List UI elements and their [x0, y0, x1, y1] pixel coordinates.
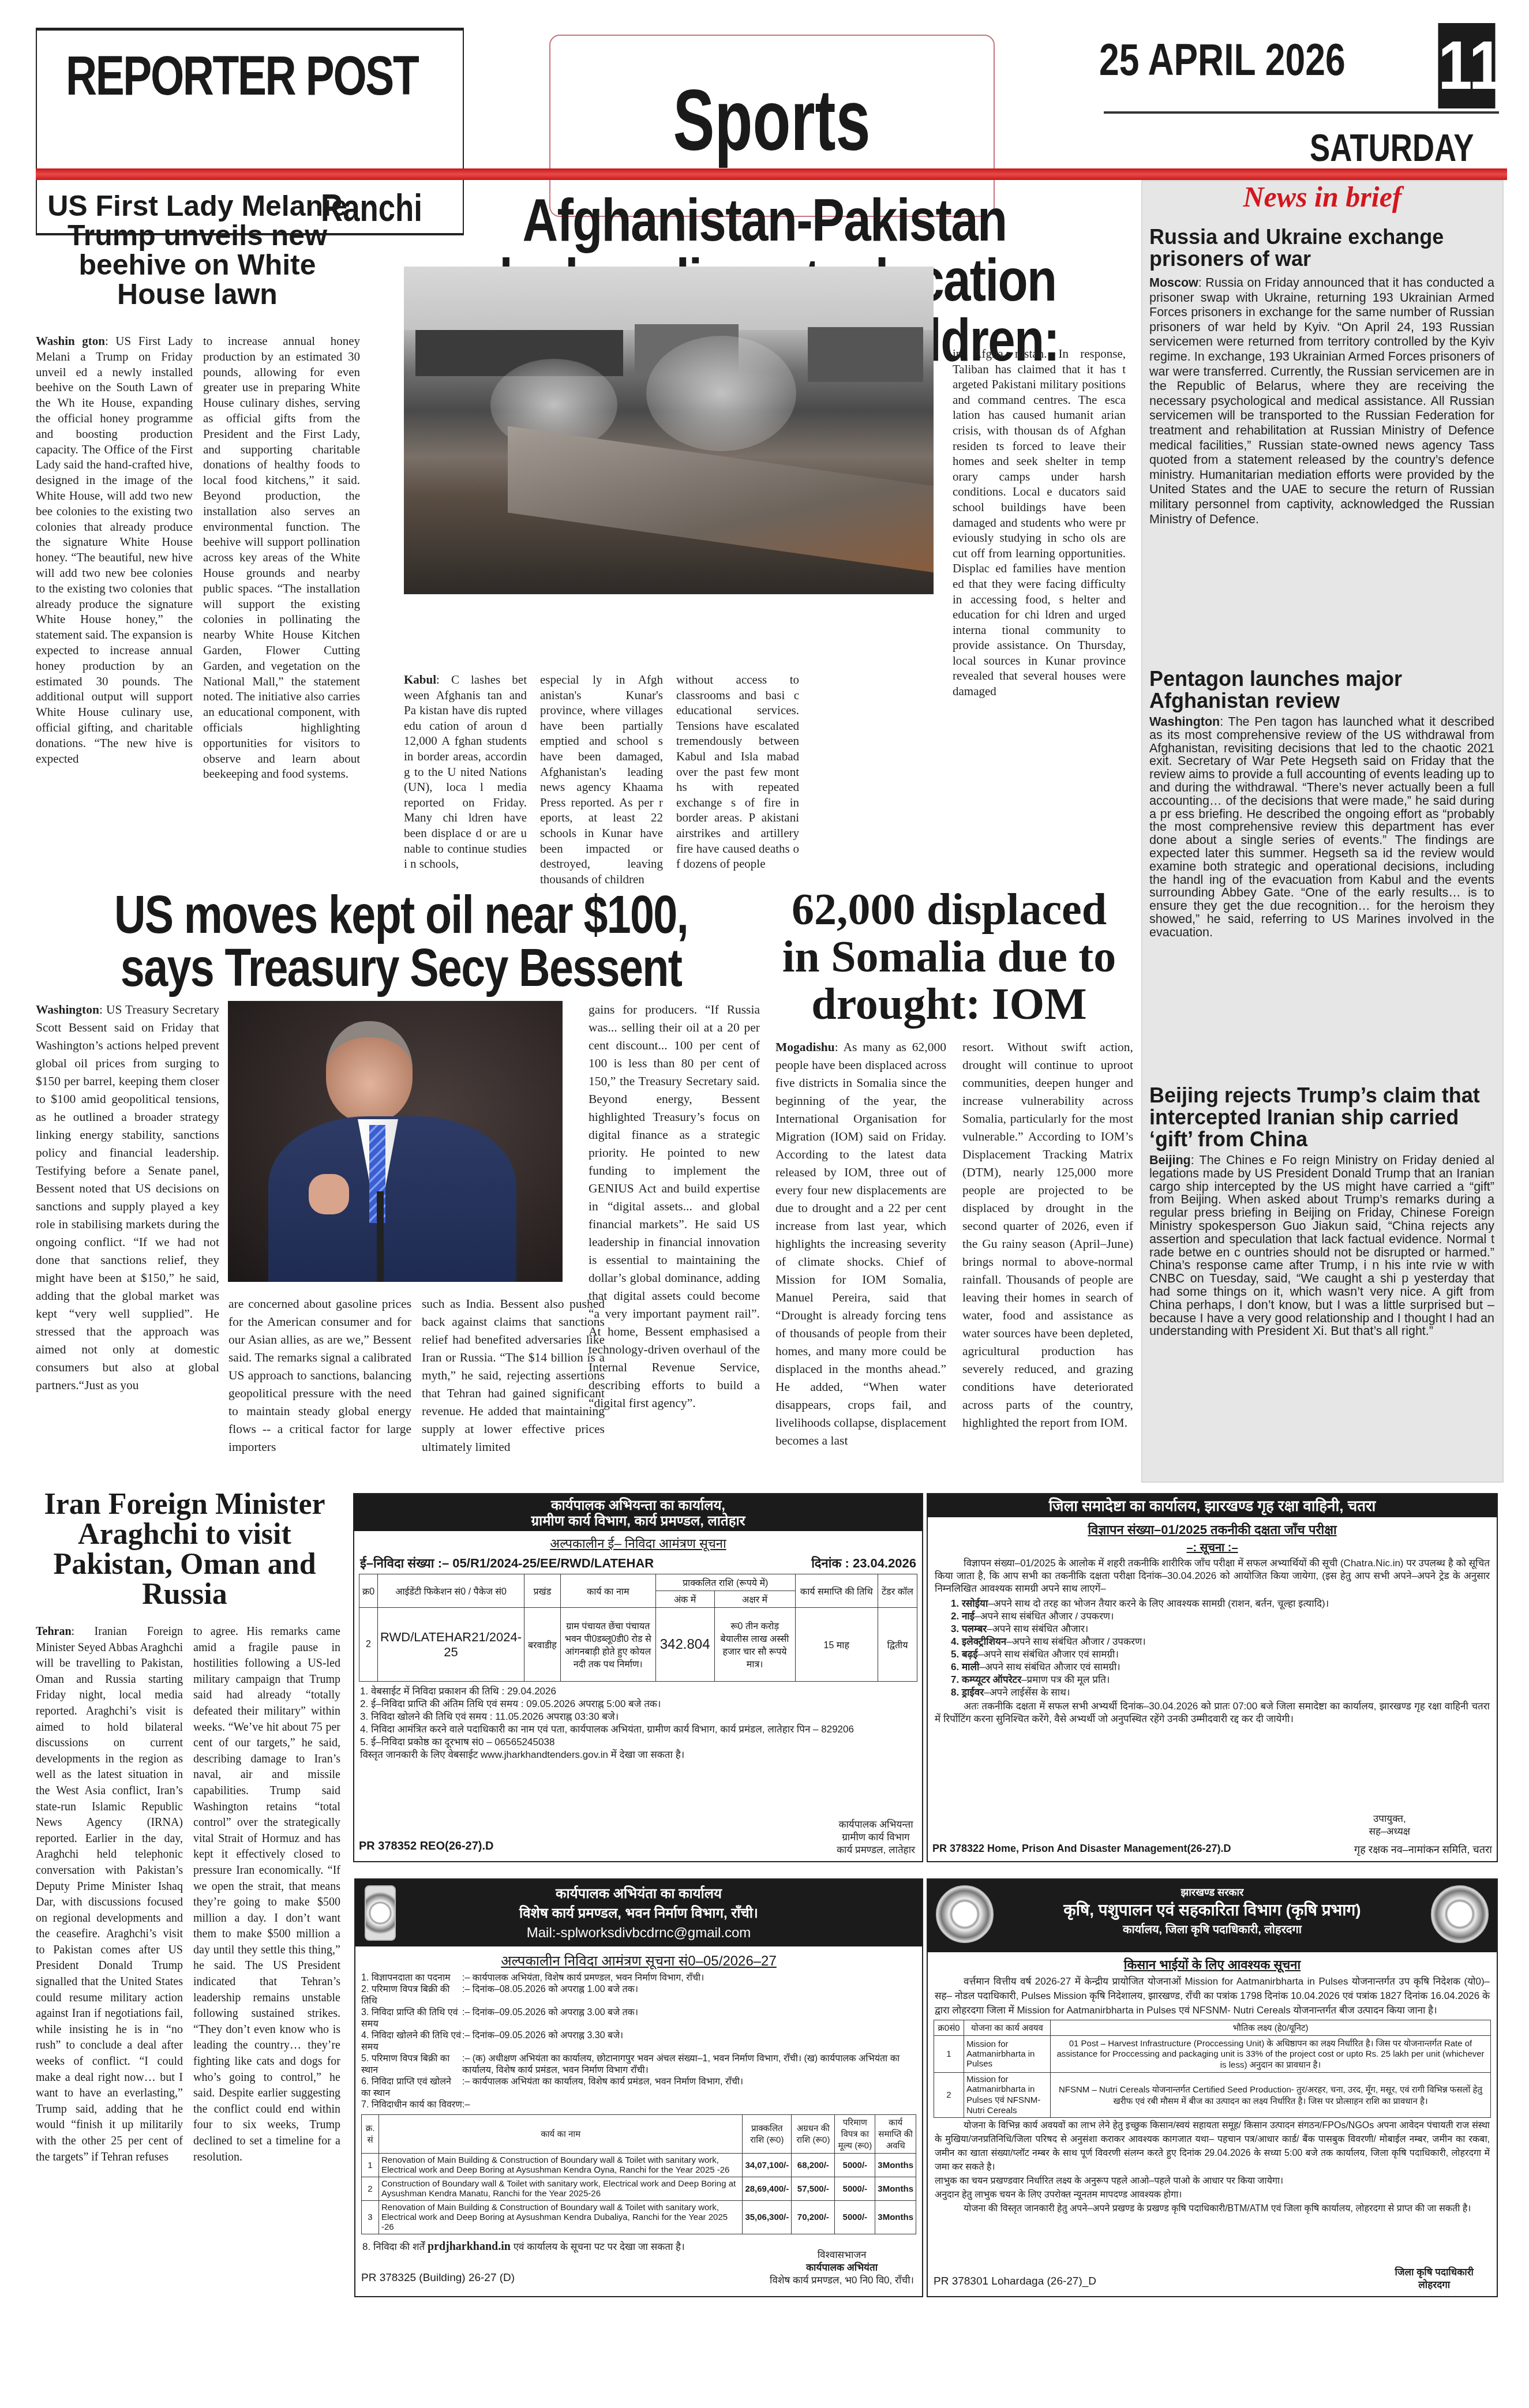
article-column: to increase annual honey production by a… [203, 333, 360, 782]
column-header: परिमाण विपत्र का मूल्य (रू0) [835, 2115, 875, 2154]
issue-date: 25 APRIL 2026 [1099, 33, 1358, 94]
column-header: कार्य समाप्ति की तिथि [795, 1574, 878, 1608]
field-row: 2. परिमाण विपत्र बिक्री की तिथि:– दिनांक… [361, 1984, 916, 2007]
notice-paragraph: अनुदान हेतु लाभुक चयन के लिए उपरोक्त न्य… [935, 2188, 1490, 2202]
tender-table: क्र. सं कार्य का नाम प्राक्कलित राशि (रू… [361, 2114, 916, 2234]
tender-table: क्र0 आईडेंटी फिकेशन सं0 / पैकेज सं0 प्रख… [359, 1574, 917, 1682]
pr-code: PR 378322 Home, Prison And Disaster Mana… [932, 1843, 1231, 1856]
article-text: : US First Lady Melani a Trump on Friday… [36, 334, 193, 766]
item-number: 5. [951, 1649, 959, 1660]
notice-paragraph: योजना के विभिन्न कार्य अवयवों का लाभ लेन… [935, 2119, 1490, 2174]
jharkhand-emblem-icon [936, 1885, 994, 1943]
notice-title: विज्ञापन संख्या–01/2025 तकनीकी दक्षता जा… [928, 1521, 1497, 1538]
trade-desc: –अपने साथ संबंधित औजार एवं सामग्री। [978, 1649, 1119, 1660]
cell-package-id: RWD/LATEHAR21/2024-25 [378, 1608, 524, 1682]
bessent-speaking-photo [228, 1001, 563, 1282]
column-header: क्र0 [359, 1574, 378, 1608]
tender-notice-building-ranchi: कार्यपालक अभियंता का कार्यालय विशेष कार्… [354, 1878, 923, 2297]
trade-desc: –अपने साथ दो तरह का भोजन तैयार करने के ल… [988, 1598, 1329, 1609]
article-column: Kabul: C lashes bet ween Afghanis tan an… [404, 672, 527, 872]
committee-name: गृह रक्षक नव–नामांकन समिति, चतरा [1354, 1843, 1492, 1856]
jharkhand-emblem-icon [365, 1885, 396, 1941]
signature-line: ग्रामीण कार्य विभाग [837, 1831, 915, 1844]
table-row: 1 Renovation of Main Building & Construc… [362, 2154, 916, 2177]
field-label: 3. निविदा प्राप्ति की तिथि एवं समय [361, 2007, 462, 2030]
trade-name: रसोईया [962, 1598, 988, 1609]
table-row: 2 Mission for Aatmanirbharta in Pulses ए… [934, 2073, 1491, 2118]
field-value: :– दिनांक–09.05.2026 को अपराह्न 3.00 बजे… [462, 2007, 638, 2030]
notice-intro: वर्त्तमान वित्तीय वर्ष 2026-27 में केन्द… [928, 1974, 1497, 2017]
notice-title: अल्पकालीन ई– निविदा आमंत्रण सूचना [354, 1535, 922, 1552]
column-header: कार्य का नाम [560, 1574, 655, 1608]
article-text: resort. Without swift action, drought wi… [962, 1040, 1133, 1430]
cell-sn: 1 [362, 2154, 379, 2177]
trade-name: ड्राईवर [962, 1687, 984, 1698]
cell-block: बरवाडीह [524, 1608, 561, 1682]
masthead-red-rule [36, 168, 1507, 180]
website-link-line[interactable]: विस्तृत जानकारी के लिए वेबसाईट www.jhark… [360, 1749, 916, 1761]
column-header: अंक में [655, 1591, 714, 1608]
column-header: अग्रधन की राशि (रू0) [792, 2115, 835, 2154]
field-row: 7. निविदाधीन कार्य का विवरण:– [361, 2099, 916, 2111]
dateline: Moscow [1149, 276, 1198, 290]
column-header: कार्य का नाम [379, 2115, 743, 2154]
trade-name: माली [962, 1661, 980, 1672]
article-text: : As many as 62,000 people have been dis… [775, 1040, 946, 1447]
destroyed-buildings-photo [404, 267, 934, 594]
headline: US moves kept oil near $100, says Treasu… [100, 888, 701, 995]
field-value: :– कार्यपालक अभियंता, विशेष कार्य प्रमण्… [462, 1972, 704, 1984]
pr-code: PR 378325 (Building) 26-27 (D) [361, 2272, 515, 2285]
field-value: :– कार्यपालक अभियंता का कार्यालय, विशेष … [462, 2076, 743, 2099]
cell-sn: 2 [362, 2177, 379, 2201]
notice-header: कार्यपालक अभियंता का कार्यालय विशेष कार्… [355, 1880, 922, 1946]
notice-intro: विज्ञापन संख्या–01/2025 के आलोक में शहरी… [928, 1555, 1497, 1597]
signature-block: जिला कृषि पदाधिकारी लोहरदगा [1395, 2266, 1474, 2291]
signature-line: लोहरदगा [1395, 2279, 1474, 2291]
cell-work-name: Renovation of Main Building & Constructi… [379, 2201, 743, 2234]
trade-desc: –अपने साथ संबंधित औजार / उपकरण। [1006, 1636, 1145, 1647]
notice-subtitle: –: सूचना :– [928, 1539, 1497, 1555]
signature-block: कार्यपालक अभियन्ता ग्रामीण कार्य विभाग क… [837, 1818, 915, 1856]
signature-line: सह–अध्यक्ष [1369, 1825, 1410, 1838]
field-label: 2. परिमाण विपत्र बिक्री की तिथि [361, 1984, 462, 2007]
signature-line: विश्वासभाजन [770, 2249, 914, 2261]
field-value: :– दिनांक–09.05.2026 को अपराह्न 3.30 बजे… [462, 2030, 623, 2053]
brief-item: Russia and Ukraine exchange prisoners of… [1149, 226, 1494, 527]
notice-notes: 1. वेबसाईट में निविदा प्रकाशन की तिथि : … [354, 1682, 922, 1761]
notice-title: किसान भाईयों के लिए आवश्यक सूचना [928, 1956, 1497, 1973]
notice-fields: 1. विज्ञापनदाता का पदनाम:– कार्यपालक अभि… [355, 1972, 922, 2111]
article-column: without access to classrooms and basi c … [676, 672, 799, 872]
notice-header-line: विशेष कार्य प्रमण्डल, भवन निर्माण विभाग,… [355, 1904, 922, 1923]
note-line: 4. निविदा आमंत्रित करने वाले पदाधिकारी क… [360, 1723, 916, 1736]
article-text: : US Treasury Secretary Scott Bessent sa… [36, 1003, 219, 1392]
cell-doc-cost: 5000/- [835, 2177, 875, 2201]
field-label: 5. परिमाण विपत्र बिक्री का स्थान [361, 2053, 462, 2076]
cell-estimate: 34,07,100/- [743, 2154, 792, 2177]
field-row: 6. निविदा प्राप्ति एवं खोलने का स्थान:– … [361, 2076, 916, 2099]
dateline: Washington [1149, 715, 1220, 729]
notice-header-line: कार्यालय, जिला कृषि पदाधिकारी, लोहरदगा [928, 1921, 1497, 1937]
signature-line: कार्य प्रमण्डल, लातेहार [837, 1844, 915, 1856]
cell-emd: 70,200/- [792, 2201, 835, 2234]
column-header: प्रखंड [524, 1574, 561, 1608]
notice-header-line: ग्रामीण कार्य विभाग, कार्य प्रमण्डल, लात… [354, 1513, 922, 1529]
article-column: Mogadishu: As many as 62,000 people have… [775, 1038, 946, 1450]
article-column: are concerned about gasoline prices for … [228, 1295, 411, 1456]
dateline: Washin gton [36, 334, 105, 348]
headline: US First Lady Melanie Trump unveils new … [36, 192, 359, 309]
notice-body: योजना के विभिन्न कार्य अवयवों का लाभ लेन… [928, 2118, 1497, 2217]
article-text: are concerned about gasoline prices for … [228, 1297, 411, 1454]
signature-line: उपायुक्त, [1369, 1813, 1410, 1825]
brief-text: : The Chines e Fo reign Ministry on Frid… [1149, 1153, 1494, 1338]
article-text: : Iranian Foreign Minister Seyed Abbas A… [36, 1625, 183, 2163]
trade-name: इलेक्ट्रीशियन [962, 1636, 1006, 1647]
trade-name: बढ़ई [962, 1649, 978, 1660]
trade-desc: –अपने साथ संबंधित औजार एवं सामग्री। [979, 1661, 1120, 1672]
signature-line: जिला कृषि पदाधिकारी [1395, 2266, 1474, 2279]
item-number: 1. [951, 1598, 959, 1609]
item-number: 7. [951, 1674, 959, 1685]
table-row: 2 Construction of Boundary wall & Toilet… [362, 2177, 916, 2201]
column-header: आईडेंटी फिकेशन सं0 / पैकेज सं0 [378, 1574, 524, 1608]
cell-scheme: Mission for Aatmanirbharta in Pulses एवं… [964, 2073, 1051, 2118]
section-label: Sports [673, 70, 871, 170]
item-number: 8. [951, 1687, 959, 1698]
table-row: 2 RWD/LATEHAR21/2024-25 बरवाडीह ग्राम पं… [359, 1608, 917, 1682]
field-label: 7. निविदाधीन कार्य का विवरण [361, 2099, 462, 2111]
article-column: Tehran: Iranian Foreign Minister Seyed A… [36, 1624, 183, 2165]
item-number: 4. [951, 1636, 959, 1647]
article-column: resort. Without swift action, drought wi… [962, 1038, 1133, 1432]
paper-name: REPORTER POST [66, 44, 418, 108]
list-item: 3. पलम्बर–अपने साथ संबंधित औजार। [951, 1623, 1490, 1636]
field-label: 4. निविदा खोलने की तिथि एवं समय [361, 2030, 462, 2053]
website-link[interactable]: prdjharkhand.in [428, 2240, 511, 2253]
article-text: especial ly in Afgh anistan's Kunar's pr… [540, 673, 663, 886]
cell-estimate: 35,06,300/- [743, 2201, 792, 2234]
article-text: without access to classrooms and basi c … [676, 673, 799, 871]
cell-amount-words: रू0 तीन करोड़ बेयालीस लाख अस्सी हजार चार… [714, 1608, 795, 1682]
note-line: 2. ई–निविदा प्राप्ति की अंतिम तिथि एवं स… [360, 1698, 916, 1711]
column-header: टेंडर कॉल [878, 1574, 917, 1608]
field-value: :– दिनांक–08.05.2026 को अपराह्न 1.00 बजे… [462, 1984, 638, 2007]
trade-desc: –अपने लाईसेंस के साथ। [984, 1687, 1070, 1698]
brief-body: Beijing: The Chines e Fo reign Ministry … [1149, 1154, 1494, 1338]
field-label: 6. निविदा प्राप्ति एवं खोलने का स्थान [361, 2076, 462, 2099]
notice-email[interactable]: Mail:-splworksdivbcdrnc@gmail.com [355, 1923, 922, 1943]
cell-tender-call: द्वितीय [878, 1608, 917, 1682]
brief-headline: Russia and Ukraine exchange prisoners of… [1149, 226, 1494, 270]
article-column: to agree. His remarks came amid a fragil… [193, 1624, 340, 2165]
tender-date: दिनांक : 23.04.2026 [811, 1554, 916, 1571]
list-item: 1. रसोईया–अपने साथ दो तरह का भोजन तैयार … [951, 1597, 1490, 1610]
list-item: 7. कम्प्यूटर ऑपरेटर–प्रमाण पत्र की मूल प… [951, 1674, 1490, 1686]
note-line: 3. निविदा खोलने की तिथि एवं समय : 11.05.… [360, 1711, 916, 1723]
notice-closing: अतः तकनीकि दक्षता में सफल सभी अभ्यर्थी द… [928, 1699, 1497, 1727]
field-row: 4. निविदा खोलने की तिथि एवं समय:– दिनांक… [361, 2030, 916, 2053]
brief-item: Beijing rejects Trump’s claim that inter… [1149, 1085, 1494, 1338]
pr-code: PR 378301 Lohardaga (26-27)_D [934, 2275, 1096, 2288]
brief-body: Washington: The Pen tagon has launched w… [1149, 715, 1494, 939]
list-item: 2. नाई–अपने साथ संबंधित औजार / उपकरण। [951, 1610, 1490, 1623]
article-column: Washin gton: US First Lady Melani a Trum… [36, 333, 193, 766]
table-row: 3 Renovation of Main Building & Construc… [362, 2201, 916, 2234]
column-header: योजना का कार्य अवयव [964, 2020, 1051, 2036]
headline: Iran Foreign Minister Araghchi to visit … [23, 1490, 346, 1610]
scheme-table: क्र0सं0 योजना का कार्य अवयव भौतिक लक्ष्य… [934, 2020, 1491, 2118]
item-number: 2. [951, 1611, 959, 1622]
column-header: क्र. सं [362, 2115, 379, 2154]
article-column: especial ly in Afgh anistan's Kunar's pr… [540, 672, 663, 887]
column-header: प्राक्कलित राशि (रू0) [743, 2115, 792, 2154]
cell-emd: 57,500/- [792, 2177, 835, 2201]
notice-header-line: कार्यपालक अभियन्ता का कार्यालय, [354, 1498, 922, 1513]
article-text: to increase annual honey production by a… [203, 334, 360, 781]
signature-block: उपायुक्त, सह–अध्यक्ष [1369, 1813, 1410, 1838]
article-column: in Afgha nistan. In response, Taliban ha… [953, 346, 1126, 699]
pr-code: PR 378352 REO(26-27).D [359, 1840, 493, 1853]
cell-completion: 15 माह [795, 1608, 878, 1682]
article-text: gains for producers. “If Russia was... s… [589, 1003, 760, 1410]
cell-scheme: Mission for Aatmanirbharta in Pulses [964, 2036, 1051, 2073]
brief-item: Pentagon launches major Afghanistan revi… [1149, 668, 1494, 939]
notice-header: झारखण्ड सरकार कृषि, पशुपालन एवं सहकारिता… [928, 1880, 1497, 1952]
list-item: 5. बढ़ई–अपने साथ संबंधित औजार एवं सामग्र… [951, 1648, 1490, 1661]
list-item: 8. ड्राईवर–अपने लाईसेंस के साथ। [951, 1686, 1490, 1699]
cell-period: 3Months [875, 2177, 916, 2201]
cell-sn: 2 [359, 1608, 378, 1682]
list-item: 4. इलेक्ट्रीशियन–अपने साथ संबंधित औजार /… [951, 1636, 1490, 1648]
trade-desc: –प्रमाण पत्र की मूल प्रति। [1021, 1674, 1110, 1685]
cell-work-name: Renovation of Main Building & Constructi… [379, 2154, 743, 2177]
cell-work-name: ग्राम पंचायत छेंचा पंचायत भवन पी0डब्लू0ड… [560, 1608, 655, 1682]
item-number: 3. [951, 1623, 959, 1634]
trade-list: 1. रसोईया–अपने साथ दो तरह का भोजन तैयार … [928, 1597, 1497, 1699]
field-label: 1. विज्ञापनदाता का पदनाम [361, 1972, 462, 1984]
notice-paragraph: लाभुक का चयन प्रखण्डवार निर्धारित लक्ष्य… [935, 2174, 1490, 2188]
date-divider [1104, 111, 1499, 114]
notice-header: कार्यपालक अभियन्ता का कार्यालय, ग्रामीण … [354, 1494, 922, 1531]
field-row: 5. परिमाण विपत्र बिक्री का स्थान:– (क) अ… [361, 2053, 916, 2076]
notice-footer: PR 378322 Home, Prison And Disaster Mana… [932, 1843, 1492, 1856]
dateline: Kabul [404, 673, 436, 687]
note-text: 8. निविदा की शर्तें [362, 2241, 425, 2252]
cell-doc-cost: 5000/- [835, 2154, 875, 2177]
brief-text: : Russia on Friday announced that it has… [1149, 276, 1494, 526]
trade-desc: –अपने साथ संबंधित औजार / उपकरण। [975, 1611, 1114, 1622]
note-text: एवं कार्यालय के सूचना पट पर देखा जा सकता… [514, 2241, 685, 2252]
page-number: 11 [1438, 23, 1496, 108]
tender-notice-rwd-latehar: कार्यपालक अभियन्ता का कार्यालय, ग्रामीण … [353, 1493, 923, 1862]
issue-weekday: SATURDAY [1310, 126, 1474, 170]
notice-header-line: कार्यपालक अभियंता का कार्यालय [355, 1884, 922, 1904]
note-line: 1. वेबसाईट में निविदा प्रकाशन की तिथि : … [360, 1685, 916, 1698]
brief-title: News in brief [1141, 180, 1504, 213]
brief-headline: Beijing rejects Trump’s claim that inter… [1149, 1085, 1494, 1150]
notice-header-line: झारखण्ड सरकार [928, 1885, 1497, 1899]
article-text: in Afgha nistan. In response, Taliban ha… [953, 347, 1126, 698]
dateline: Mogadishu [775, 1040, 835, 1054]
trade-name: कम्प्यूटर ऑपरेटर [962, 1674, 1021, 1685]
signature-line: कार्यपालक अभियन्ता [837, 1818, 915, 1831]
notice-paragraph: योजना की विस्तृत जानकारी हेतु अपने–अपने … [935, 2202, 1490, 2216]
cell-target: NFSNM – Nutri Cereals योजनान्तर्गत Certi… [1051, 2073, 1491, 2118]
signature-block: विश्वासभाजन कार्यपालक अभियंता विशेष कार्… [770, 2249, 914, 2287]
signature-line: विशेष कार्य प्रमण्डल, भ0 नि0 वि0, राँची। [770, 2274, 914, 2287]
note-line: 5. ई–निविदा प्रकोष्ठ का दूरभाष सं0 – 065… [360, 1736, 916, 1749]
article-column: gains for producers. “If Russia was... s… [589, 1001, 760, 1412]
headline: 62,000 displaced in Somalia due to droug… [767, 886, 1131, 1027]
cell-emd: 68,200/- [792, 2154, 835, 2177]
list-item: 6. माली–अपने साथ संबंधित औजार एवं सामग्र… [951, 1661, 1490, 1674]
notice-header: जिला समादेष्टा का कार्यालय, झारखण्ड गृह … [928, 1494, 1497, 1517]
column-header: अक्षर में [714, 1591, 795, 1608]
cell-sn: 3 [362, 2201, 379, 2234]
field-row: 1. विज्ञापनदाता का पदनाम:– कार्यपालक अभि… [361, 1972, 916, 1984]
cell-work-name: Construction of Boundary wall & Toilet w… [379, 2177, 743, 2201]
cell-doc-cost: 5000/- [835, 2201, 875, 2234]
trade-name: नाई [962, 1611, 975, 1622]
signature-line: कार्यपालक अभियंता [770, 2261, 914, 2274]
article-column: such as India. Bessent also pushed back … [422, 1295, 605, 1456]
cell-target: 01 Post – Harvest Infrastructure (Procce… [1051, 2036, 1491, 2073]
column-header: कार्य समाप्ति की अवधि [875, 2115, 916, 2154]
article-text: to agree. His remarks came amid a fragil… [193, 1625, 340, 2163]
trade-name: पलम्बर [962, 1623, 987, 1634]
cell-sn: 2 [934, 2073, 964, 2118]
tender-number: ई–निविदा संख्या :– 05/R1/2024-25/EE/RWD/… [360, 1554, 654, 1571]
cell-period: 3Months [875, 2154, 916, 2177]
field-value: :– [462, 2099, 470, 2111]
dateline: Tehran [36, 1625, 72, 1638]
dateline: Washington [36, 1003, 99, 1017]
cell-sn: 1 [934, 2036, 964, 2073]
column-header: प्राक्कलित राशि (रूपये में) [655, 1574, 795, 1591]
article-text: such as India. Bessent also pushed back … [422, 1297, 605, 1454]
brief-headline: Pentagon launches major Afghanistan revi… [1149, 668, 1494, 712]
dateline: Beijing [1149, 1153, 1191, 1167]
item-number: 6. [951, 1661, 959, 1672]
field-row: 3. निविदा प्राप्ति की तिथि एवं समय:– दिन… [361, 2007, 916, 2030]
cell-estimate: 28,69,400/- [743, 2177, 792, 2201]
notice-agriculture-lohardaga: झारखण्ड सरकार कृषि, पशुपालन एवं सहकारिता… [927, 1878, 1498, 2297]
brief-text: : The Pen tagon has launched what it des… [1149, 715, 1494, 939]
notice-header-line: कृषि, पशुपालन एवं सहकारिता विभाग (कृषि प… [928, 1899, 1497, 1921]
article-column: Washington: US Treasury Secretary Scott … [36, 1001, 219, 1394]
jharkhand-emblem-icon [1431, 1885, 1489, 1943]
notice-title: अल्पकालीन निविदा आमंत्रण सूचना सं0–05/20… [355, 1951, 922, 1970]
trade-desc: –अपने साथ संबंधित औजार। [987, 1623, 1088, 1634]
brief-body: Moscow: Russia on Friday announced that … [1149, 276, 1494, 527]
tender-number-line: ई–निविदा संख्या :– 05/R1/2024-25/EE/RWD/… [354, 1552, 922, 1574]
cell-amount-figures: 342.804 [655, 1608, 714, 1682]
article-text: : C lashes bet ween Afghanis tan and Pa … [404, 673, 527, 871]
field-value: :– (क) अधीक्षण अभियंता का कार्यालय, छोटा… [462, 2053, 916, 2076]
notice-home-guard-chatra: जिला समादेष्टा का कार्यालय, झारखण्ड गृह … [927, 1493, 1498, 1862]
column-header: क्र0सं0 [934, 2020, 964, 2036]
column-header: भौतिक लक्ष्य (हे0/यूनिट) [1051, 2020, 1491, 2036]
cell-period: 3Months [875, 2201, 916, 2234]
table-row: 1 Mission for Aatmanirbharta in Pulses 0… [934, 2036, 1491, 2073]
